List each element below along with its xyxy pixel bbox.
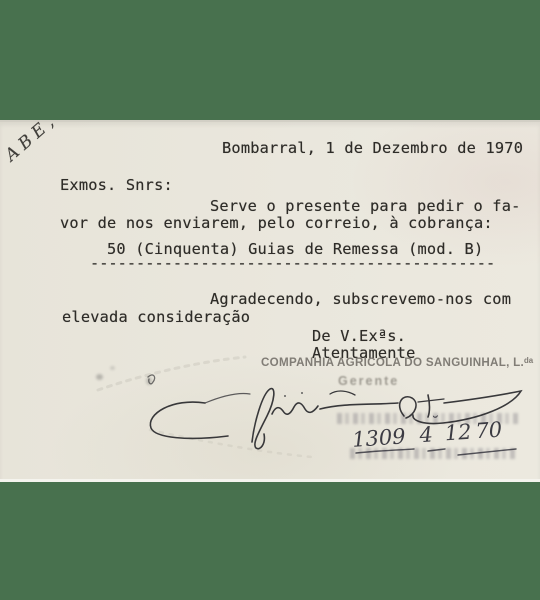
ink-smudge bbox=[110, 366, 115, 370]
body-line-2: vor de nos enviarem, pelo correio, à cob… bbox=[60, 214, 493, 232]
received-month: 12 bbox=[444, 420, 472, 446]
gerente-stamp: Gerente bbox=[338, 374, 399, 388]
closing-line-2: elevada consideração bbox=[62, 308, 250, 326]
body-line-1: Serve o presente para pedir o fa- bbox=[210, 197, 521, 215]
ink-smudge bbox=[96, 374, 103, 380]
closing-line-1: Agradecendo, subscrevemo-nos com bbox=[210, 290, 511, 308]
ink-smudge bbox=[146, 377, 152, 385]
typed-divider: ----------------------------------------… bbox=[90, 254, 495, 272]
received-number: 1309 bbox=[351, 424, 406, 452]
received-year: 70 bbox=[475, 417, 503, 443]
date-line: Bombarral, 1 de Dezembro de 1970 bbox=[222, 139, 523, 157]
company-name-stamp: COMPANHIA AGRICOLA DO SANGUINHAL, L.ᵈᵃ bbox=[261, 356, 529, 370]
photo-background: ABE, Bombarral, 1 de Dezembro de 1970 Ex… bbox=[0, 0, 540, 600]
salutation: Exmos. Snrs: bbox=[60, 176, 173, 194]
valediction-de: De V.Exªs. bbox=[312, 327, 406, 345]
